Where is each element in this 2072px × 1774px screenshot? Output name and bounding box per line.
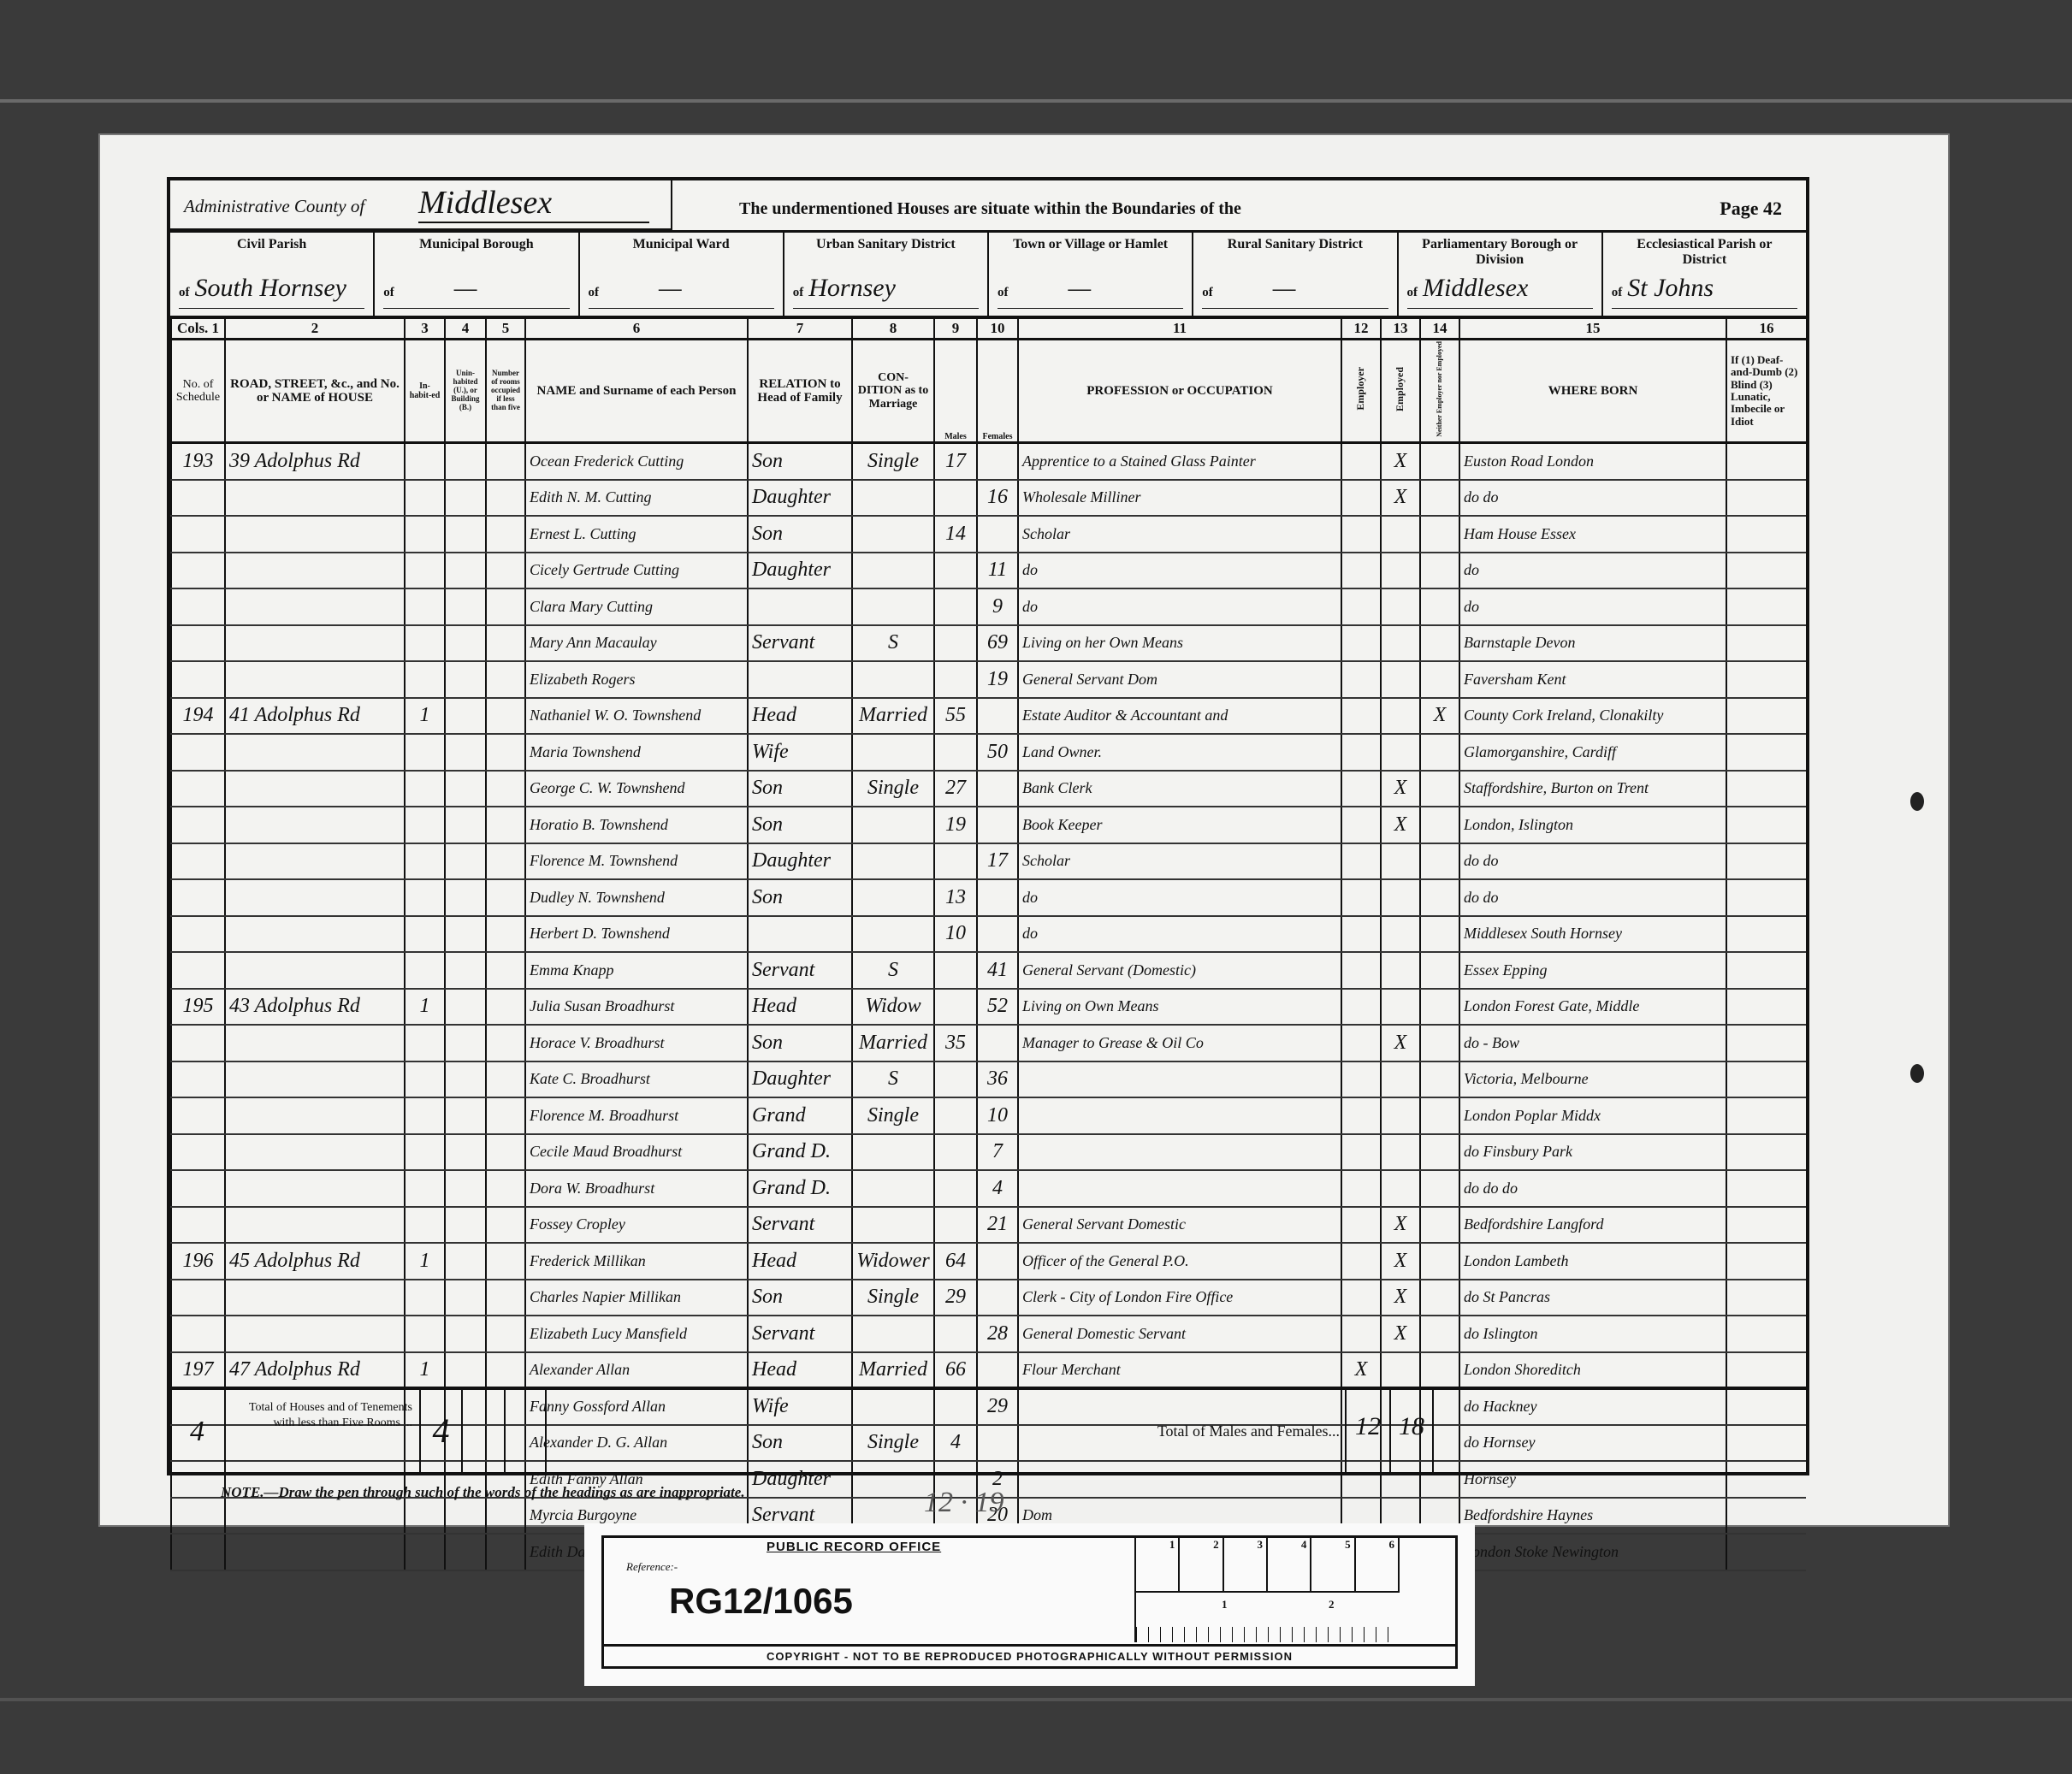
of-prefix: of [1407,286,1418,299]
area-municipal-ward: Municipal Ward of— [580,230,784,316]
rooms-count [486,734,525,771]
schedule-number [171,625,225,662]
address [225,1134,405,1171]
person-name: Julia Susan Broadhurst [525,989,748,1026]
uninhabited-mark [445,1134,486,1171]
employed-mark: X [1381,1316,1420,1352]
rooms-count [486,1534,525,1570]
area-value: — [454,274,477,302]
employed-mark: X [1381,1243,1420,1280]
neither-mark [1420,1352,1459,1389]
age-male: 17 [934,443,977,480]
schedule-number [171,1097,225,1134]
person-name: Emma Knapp [525,952,748,989]
relation: Grand D. [748,1170,852,1207]
occupation: Clerk - City of London Fire Office [1018,1280,1341,1316]
header-employed: Employed [1381,340,1420,443]
area-label: Urban Sanitary District [784,230,987,252]
uninhabited-mark [445,1061,486,1098]
age-female [977,698,1018,735]
column-headers: No. of Schedule ROAD, STREET, &c., and N… [171,340,1806,443]
marital-condition: Widower [852,1243,934,1280]
schedule-number [171,1170,225,1207]
infirmity [1726,698,1806,735]
age-female [977,516,1018,553]
relation: Servant [748,952,852,989]
infirmity [1726,516,1806,553]
address [225,1097,405,1134]
inhabited-mark [405,1170,445,1207]
age-male [934,480,977,517]
col-number: 8 [852,319,934,340]
rooms-count [486,1280,525,1316]
where-born: do - Bow [1459,1025,1726,1061]
uninhabited-mark [445,771,486,807]
rooms-count [486,1243,525,1280]
table-row: Cicely Gertrude CuttingDaughter11dodo [171,553,1806,589]
inhabited-mark [405,625,445,662]
person-name: Mary Ann Macaulay [525,625,748,662]
inhabited-mark [405,1061,445,1098]
uninhabited-mark [445,661,486,698]
infirmity [1726,1207,1806,1244]
of-prefix: of [1202,286,1213,299]
header-name: NAME and Surname of each Person [525,340,748,443]
infirmity [1726,553,1806,589]
occupation: Manager to Grease & Oil Co [1018,1025,1341,1061]
inhabited-mark [405,480,445,517]
inhabited-mark: 1 [405,1352,445,1389]
employer-mark [1341,952,1381,989]
where-born: Faversham Kent [1459,661,1726,698]
address [225,553,405,589]
scale-ruler: 123456 1 2 [1134,1538,1400,1642]
rooms-count [486,879,525,916]
marital-condition [852,516,934,553]
schedule-number [171,1061,225,1098]
neither-mark [1420,1207,1459,1244]
employed-mark [1381,1097,1420,1134]
inhabited-mark [405,952,445,989]
employed-mark [1381,1170,1420,1207]
uninhabited-mark [445,1025,486,1061]
schedule-number [171,1316,225,1352]
area-value: — [1069,274,1092,302]
uninhabited-mark [445,1207,486,1244]
employer-mark [1341,1170,1381,1207]
person-name: Fossey Cropley [525,1207,748,1244]
inhabited-mark [405,1534,445,1570]
col-number: 16 [1726,319,1806,340]
header-inhabited: In-habit-ed [405,340,445,443]
address: 39 Adolphus Rd [225,443,405,480]
neither-mark [1420,916,1459,953]
uninhabited-mark [445,625,486,662]
administrative-county: Administrative County of Middlesex [170,180,672,232]
area-label: Rural Sanitary District [1193,230,1396,252]
relation: Son [748,1025,852,1061]
where-born: do do [1459,843,1726,880]
age-female [977,1243,1018,1280]
marital-condition [852,553,934,589]
table-row: Dudley N. TownshendSon13dodo do [171,879,1806,916]
marital-condition: Married [852,698,934,735]
rooms-count [486,771,525,807]
marital-condition: Single [852,1280,934,1316]
rooms-count [486,952,525,989]
infirmity [1726,480,1806,517]
marital-condition [852,661,934,698]
person-name: Ocean Frederick Cutting [525,443,748,480]
table-row: Florence M. BroadhurstGrandSingle10Londo… [171,1097,1806,1134]
area-value: Middlesex [1423,274,1528,302]
marital-condition: Single [852,771,934,807]
table-row: Charles Napier MillikanSonSingle29Clerk … [171,1280,1806,1316]
inhabited-mark [405,916,445,953]
age-female: 10 [977,1097,1018,1134]
header-relation: RELATION to Head of Family [748,340,852,443]
relation: Grand [748,1097,852,1134]
person-name: Horace V. Broadhurst [525,1025,748,1061]
marital-condition: Widow [852,989,934,1026]
address [225,807,405,843]
age-female [977,879,1018,916]
neither-mark [1420,661,1459,698]
employer-mark [1341,734,1381,771]
infirmity [1726,807,1806,843]
uninhabited-mark [445,698,486,735]
scale-mark: 2 [1180,1538,1223,1591]
inhabited-mark [405,843,445,880]
uninhabited-mark [445,1316,486,1352]
rooms-count [486,989,525,1026]
neither-mark [1420,1170,1459,1207]
age-female [977,1280,1018,1316]
age-female: 4 [977,1170,1018,1207]
rooms-count [486,1352,525,1389]
where-born: Staffordshire, Burton on Trent [1459,771,1726,807]
col-number: 3 [405,319,445,340]
employed-mark [1381,734,1420,771]
marital-condition [852,1316,934,1352]
person-name: Ernest L. Cutting [525,516,748,553]
col-number: 11 [1018,319,1341,340]
header-infirmity: If (1) Deaf-and-Dumb (2) Blind (3) Lunat… [1726,340,1806,443]
schedule-number: 193 [171,443,225,480]
where-born: London Stoke Newington [1459,1534,1726,1570]
schedule-number [171,1498,225,1535]
census-table: Cols. 1 2 3 4 5 6 7 8 9 10 11 12 13 14 1… [170,319,1806,1571]
uninhabited-mark [445,1534,486,1570]
relation: Son [748,443,852,480]
table-row: 19543 Adolphus Rd1Julia Susan Broadhurst… [171,989,1806,1026]
age-female: 17 [977,843,1018,880]
age-female: 7 [977,1134,1018,1171]
relation: Son [748,807,852,843]
address [225,1170,405,1207]
table-row: Emma KnappServantS41General Servant (Dom… [171,952,1806,989]
header-occupation: PROFESSION or OCCUPATION [1018,340,1341,443]
where-born: do [1459,553,1726,589]
rooms-count [486,443,525,480]
address [225,1534,405,1570]
where-born: London, Islington [1459,807,1726,843]
infirmity [1726,1280,1806,1316]
age-male [934,625,977,662]
where-born: Euston Road London [1459,443,1726,480]
schedule-number [171,1534,225,1570]
neither-mark [1420,480,1459,517]
person-name: Clara Mary Cutting [525,588,748,625]
infirmity [1726,734,1806,771]
age-male [934,553,977,589]
occupation: Land Owner. [1018,734,1341,771]
inhabited-mark [405,443,445,480]
col-number: Cols. 1 [171,319,225,340]
table-row: Horace V. BroadhurstSonMarried35Manager … [171,1025,1806,1061]
age-male [934,1170,977,1207]
col-number: 12 [1341,319,1381,340]
occupation: Wholesale Milliner [1018,480,1341,517]
employed-mark [1381,916,1420,953]
address [225,734,405,771]
rooms-count [486,1097,525,1134]
infirmity [1726,1243,1806,1280]
occupation: Living on Own Means [1018,989,1341,1026]
infirmity [1726,771,1806,807]
of-prefix: of [589,286,600,299]
employed-mark [1381,516,1420,553]
neither-mark [1420,553,1459,589]
where-born: Glamorganshire, Cardiff [1459,734,1726,771]
employer-mark [1341,1243,1381,1280]
area-label: Town or Village or Hamlet [989,230,1192,252]
inhabited-mark [405,1280,445,1316]
infirmity [1726,1025,1806,1061]
address [225,1061,405,1098]
col-number: 10 [977,319,1018,340]
relation: Servant [748,1207,852,1244]
totals-blank [1434,1390,1806,1472]
where-born: Victoria, Melbourne [1459,1061,1726,1098]
infirmity [1726,952,1806,989]
table-row: Horatio B. TownshendSon19Book KeeperXLon… [171,807,1806,843]
occupation: do [1018,588,1341,625]
infirmity [1726,443,1806,480]
schedule-number [171,1134,225,1171]
employed-mark [1381,879,1420,916]
occupation: Scholar [1018,843,1341,880]
scale-mark: 6 [1356,1538,1400,1591]
header-employer: Employer [1341,340,1381,443]
neither-mark [1420,807,1459,843]
address: 43 Adolphus Rd [225,989,405,1026]
inhabited-mark [405,1134,445,1171]
infirmity [1726,1316,1806,1352]
of-prefix: of [1612,286,1623,299]
age-male: 13 [934,879,977,916]
census-form: Administrative County of Middlesex The u… [167,177,1809,1475]
rooms-count [486,1061,525,1098]
totals-row: 4 Total of Houses and of Tenements with … [170,1387,1806,1472]
where-born: London Lambeth [1459,1243,1726,1280]
relation: Head [748,698,852,735]
age-male [934,734,977,771]
schedule-number [171,807,225,843]
county-label: Administrative County of [184,196,364,217]
address: 47 Adolphus Rd [225,1352,405,1389]
address [225,661,405,698]
rooms-count [486,1498,525,1535]
table-row: Florence M. TownshendDaughter17Scholardo… [171,843,1806,880]
header-age-females: Females [977,340,1018,443]
females-total: 18 [1391,1390,1434,1472]
form-header: Administrative County of Middlesex The u… [170,180,1806,233]
punch-hole-icon [1910,1064,1924,1083]
employer-mark [1341,807,1381,843]
where-born: do do do [1459,1170,1726,1207]
film-stripe [0,99,2072,103]
address [225,1207,405,1244]
relation: Daughter [748,843,852,880]
uninhabited-mark [445,916,486,953]
rooms-count [486,625,525,662]
inhabited-mark [405,879,445,916]
address [225,952,405,989]
schedule-number [171,1280,225,1316]
address [225,843,405,880]
employer-mark [1341,916,1381,953]
age-female: 41 [977,952,1018,989]
employer-mark [1341,1097,1381,1134]
person-name: Elizabeth Lucy Mansfield [525,1316,748,1352]
inhabited-mark [405,553,445,589]
inhabited-mark [405,661,445,698]
inhabited-mark [405,1097,445,1134]
age-male: 64 [934,1243,977,1280]
neither-mark [1420,1280,1459,1316]
header-rooms: Number of rooms occupied if less than fi… [486,340,525,443]
area-label: Municipal Borough [375,230,577,252]
employer-mark [1341,879,1381,916]
address [225,588,405,625]
employer-mark [1341,989,1381,1026]
neither-mark [1420,843,1459,880]
rooms-count [486,843,525,880]
houses-total-label: Total of Houses and of Tenements with le… [226,1390,421,1472]
where-born: do Islington [1459,1316,1726,1352]
area-value: — [1273,274,1296,302]
occupation: Flour Merchant [1018,1352,1341,1389]
col-number: 4 [445,319,486,340]
person-name: Kate C. Broadhurst [525,1061,748,1098]
address [225,1280,405,1316]
age-female [977,807,1018,843]
footer-note: NOTE.—Draw the pen through such of the w… [221,1484,745,1501]
reference-slip: PUBLIC RECORD OFFICE Reference:- RG12/10… [584,1523,1475,1686]
infirmity [1726,1097,1806,1134]
infirmity [1726,989,1806,1026]
neither-mark [1420,1243,1459,1280]
address [225,1025,405,1061]
header-neither: Neither Employer nor Employed [1420,340,1459,443]
person-name: Cecile Maud Broadhurst [525,1134,748,1171]
employer-mark [1341,1061,1381,1098]
table-row: Ernest L. CuttingSon14ScholarHam House E… [171,516,1806,553]
employed-mark [1381,1134,1420,1171]
header-condition: CON-DITION as to Marriage [852,340,934,443]
copyright-notice: COPYRIGHT - NOT TO BE REPRODUCED PHOTOGR… [604,1644,1455,1669]
age-male [934,1134,977,1171]
relation: Daughter [748,480,852,517]
relation: Head [748,1352,852,1389]
person-name: Charles Napier Millikan [525,1280,748,1316]
neither-mark [1420,1097,1459,1134]
header-schedule: No. of Schedule [171,340,225,443]
employer-mark [1341,588,1381,625]
relation: Daughter [748,1061,852,1098]
age-male [934,989,977,1026]
neither-mark [1420,1061,1459,1098]
person-name: Dudley N. Townshend [525,879,748,916]
employer-mark [1341,843,1381,880]
relation: Wife [748,734,852,771]
address [225,771,405,807]
relation: Son [748,879,852,916]
where-born: Bedfordshire Haynes [1459,1498,1726,1535]
table-row: Mary Ann MacaulayServantS69Living on her… [171,625,1806,662]
age-male: 27 [934,771,977,807]
header-address: ROAD, STREET, &c., and No. or NAME of HO… [225,340,405,443]
where-born: do Finsbury Park [1459,1134,1726,1171]
scale-top-row: 123456 [1136,1538,1400,1593]
neither-mark [1420,734,1459,771]
relation: Son [748,1280,852,1316]
neither-mark [1420,989,1459,1026]
occupation: Estate Auditor & Accountant and [1018,698,1341,735]
infirmity [1726,1170,1806,1207]
col-number: 15 [1459,319,1726,340]
where-born: Essex Epping [1459,952,1726,989]
age-male [934,588,977,625]
table-row: 19747 Adolphus Rd1Alexander AllanHeadMar… [171,1352,1806,1389]
county-value: Middlesex [418,184,649,223]
scale-ticks [1136,1627,1400,1642]
age-female: 11 [977,553,1018,589]
rooms-total [506,1390,547,1472]
rooms-count [486,1134,525,1171]
infirmity [1726,879,1806,916]
where-born: London Shoreditch [1459,1352,1726,1389]
schedule-number [171,516,225,553]
age-male [934,661,977,698]
person-name: Cicely Gertrude Cutting [525,553,748,589]
relation: Son [748,516,852,553]
area-parliamentary-borough: Parliamentary Borough or Division ofMidd… [1399,230,1603,316]
employer-mark: X [1341,1352,1381,1389]
table-row: Edith N. M. CuttingDaughter16Wholesale M… [171,480,1806,517]
employed-mark [1381,843,1420,880]
person-name: Florence M. Townshend [525,843,748,880]
rooms-count [486,1170,525,1207]
employer-mark [1341,1280,1381,1316]
employed-mark: X [1381,771,1420,807]
relation: Daughter [748,553,852,589]
occupation: do [1018,879,1341,916]
uninhabited-mark [445,516,486,553]
males-total: 12 [1347,1390,1391,1472]
age-male: 14 [934,516,977,553]
